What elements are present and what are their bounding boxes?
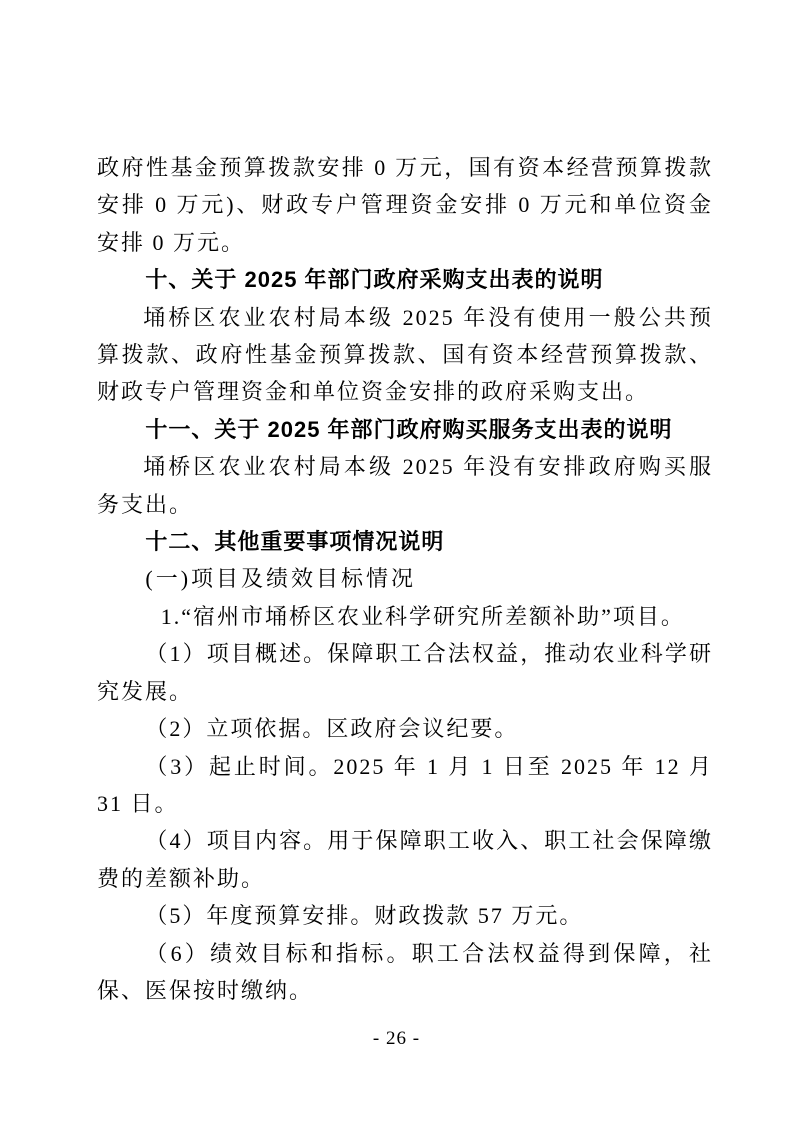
detail-item-overview: （1）项目概述。保障职工合法权益，推动农业科学研究发展。 <box>97 635 713 710</box>
detail-item-content: （4）项目内容。用于保障职工收入、职工社会保障缴费的差额补助。 <box>97 822 713 897</box>
detail-item-basis: （2）立项依据。区政府会议纪要。 <box>97 710 713 747</box>
detail-item-duration: （3）起止时间。2025 年 1 月 1 日至 2025 年 12 月 31 日… <box>97 748 713 823</box>
project-title-item: 1.“宿州市埇桥区农业科学研究所差额补助”项目。 <box>97 598 713 635</box>
page-number: - 26 - <box>0 1028 793 1050</box>
section-heading-10: 十、关于 2025 年部门政府采购支出表的说明 <box>97 261 713 298</box>
subsection-heading-performance: (一)项目及绩效目标情况 <box>97 560 713 597</box>
paragraph-procurement: 埇桥区农业农村局本级 2025 年没有使用一般公共预算拨款、政府性基金预算拨款、… <box>97 299 713 411</box>
document-body: 政府性基金预算拨款安排 0 万元，国有资本经营预算拨款安排 0 万元)、财政专户… <box>97 149 713 1009</box>
paragraph-purchased-services: 埇桥区农业农村局本级 2025 年没有安排政府购买服务支出。 <box>97 448 713 523</box>
detail-item-budget: （5）年度预算安排。财政拨款 57 万元。 <box>97 897 713 934</box>
paragraph-continued: 政府性基金预算拨款安排 0 万元，国有资本经营预算拨款安排 0 万元)、财政专户… <box>97 149 713 261</box>
section-heading-12: 十二、其他重要事项情况说明 <box>97 523 713 560</box>
section-heading-11: 十一、关于 2025 年部门政府购买服务支出表的说明 <box>97 411 713 448</box>
detail-item-targets: （6）绩效目标和指标。职工合法权益得到保障，社保、医保按时缴纳。 <box>97 935 713 1010</box>
document-page: 政府性基金预算拨款安排 0 万元，国有资本经营预算拨款安排 0 万元)、财政专户… <box>0 0 793 1122</box>
